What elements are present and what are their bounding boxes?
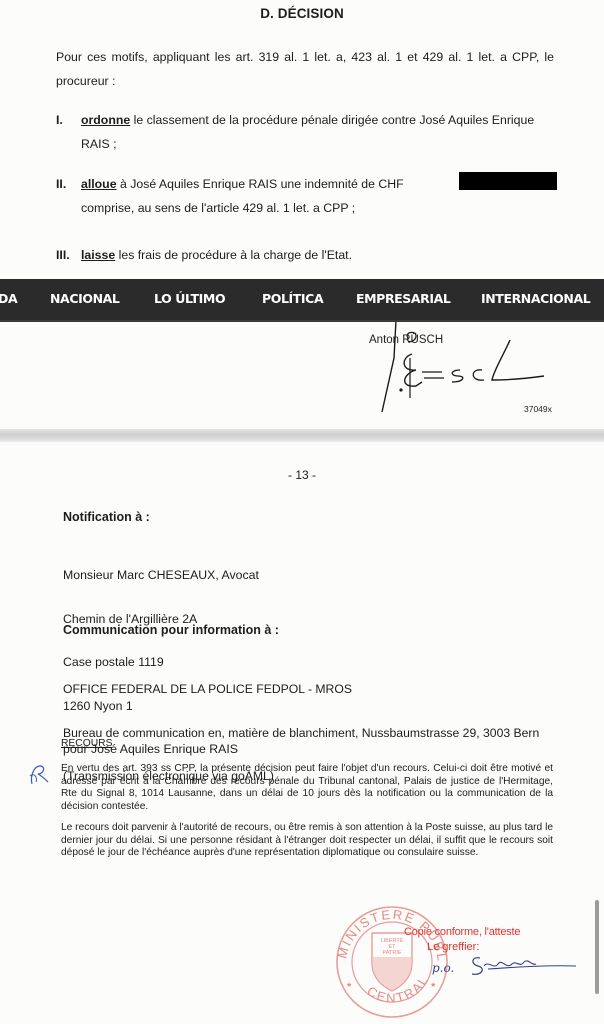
svg-text:★: ★ xyxy=(346,981,352,989)
nav-item-nacional[interactable]: NACIONAL xyxy=(50,291,120,306)
notification-heading: Notification à : xyxy=(63,510,150,524)
svg-text:★: ★ xyxy=(430,981,436,989)
communication-heading: Communication pour information à : xyxy=(63,623,279,637)
nav-item-politica[interactable]: POLÍTICA xyxy=(262,291,323,306)
decision-item-3: III. laisse les frais de procédure à la … xyxy=(56,243,556,269)
recours-heading: RECOURS xyxy=(61,738,113,749)
item-number: I. xyxy=(56,108,63,132)
recipient-line: OFFICE FEDERAL DE LA POLICE FEDPOL - MRO… xyxy=(63,682,539,697)
redaction-box xyxy=(459,172,557,190)
certification-line-1: Copie conforme, l'atteste xyxy=(404,926,520,938)
address-line: Monsieur Marc CHESEAUX, Avocat xyxy=(63,568,259,583)
nav-item-lo-ultimo[interactable]: LO ÚLTIMO xyxy=(154,291,225,306)
item-text: à José Aquiles Enrique RAIS une indemnit… xyxy=(117,177,404,191)
item-verb: ordonne xyxy=(81,113,130,127)
svg-text:PATRIE: PATRIE xyxy=(382,950,401,956)
document-page-top: D. DÉCISION Pour ces motifs, appliquant … xyxy=(0,0,604,440)
nav-item-empresarial[interactable]: EMPRESARIAL xyxy=(356,291,451,306)
reference-code: 37049x xyxy=(524,404,552,414)
svg-text:p.o.: p.o. xyxy=(432,961,454,975)
page-separator xyxy=(0,429,604,442)
item-verb: alloue xyxy=(81,177,117,191)
clerk-signature-icon: p.o. xyxy=(428,948,578,982)
recours-paragraph-1: En vertu des art. 393 ss CPP, la présent… xyxy=(61,763,553,813)
item-text-continued: comprise, au sens de l'article 429 al. 1… xyxy=(81,196,557,220)
decision-intro: Pour ces motifs, appliquant les art. 319… xyxy=(56,45,554,93)
page-number: - 13 - xyxy=(0,468,604,482)
section-title: D. DÉCISION xyxy=(0,6,604,21)
handwritten-initials-icon xyxy=(26,762,52,788)
nav-item-partial[interactable]: DA xyxy=(0,291,17,306)
recours-paragraph-2: Le recours doit parvenir à l'autorité de… xyxy=(61,822,553,860)
item-text-continued: RAIS ; xyxy=(81,132,557,156)
site-navigation-bar: DA NACIONAL LO ÚLTIMO POLÍTICA EMPRESARI… xyxy=(0,279,604,322)
decision-item-2: II. alloue à José Aquiles Enrique RAIS u… xyxy=(56,172,556,222)
nav-item-internacional[interactable]: INTERNACIONAL xyxy=(481,291,590,306)
item-text: le classement de la procédure pénale dir… xyxy=(130,113,534,127)
decision-item-1: I. ordonne le classement de la procédure… xyxy=(56,108,556,158)
item-text: les frais de procédure à la charge de l'… xyxy=(115,248,352,262)
handwritten-signature-icon xyxy=(360,318,560,413)
item-number: III. xyxy=(56,243,70,267)
item-verb: laisse xyxy=(81,248,115,262)
svg-text:LIBERTÉ: LIBERTÉ xyxy=(381,937,404,944)
vertical-scrollbar[interactable] xyxy=(595,900,599,994)
item-number: II. xyxy=(56,172,66,196)
recipient-line: Bureau de communication en, matière de b… xyxy=(63,726,539,741)
